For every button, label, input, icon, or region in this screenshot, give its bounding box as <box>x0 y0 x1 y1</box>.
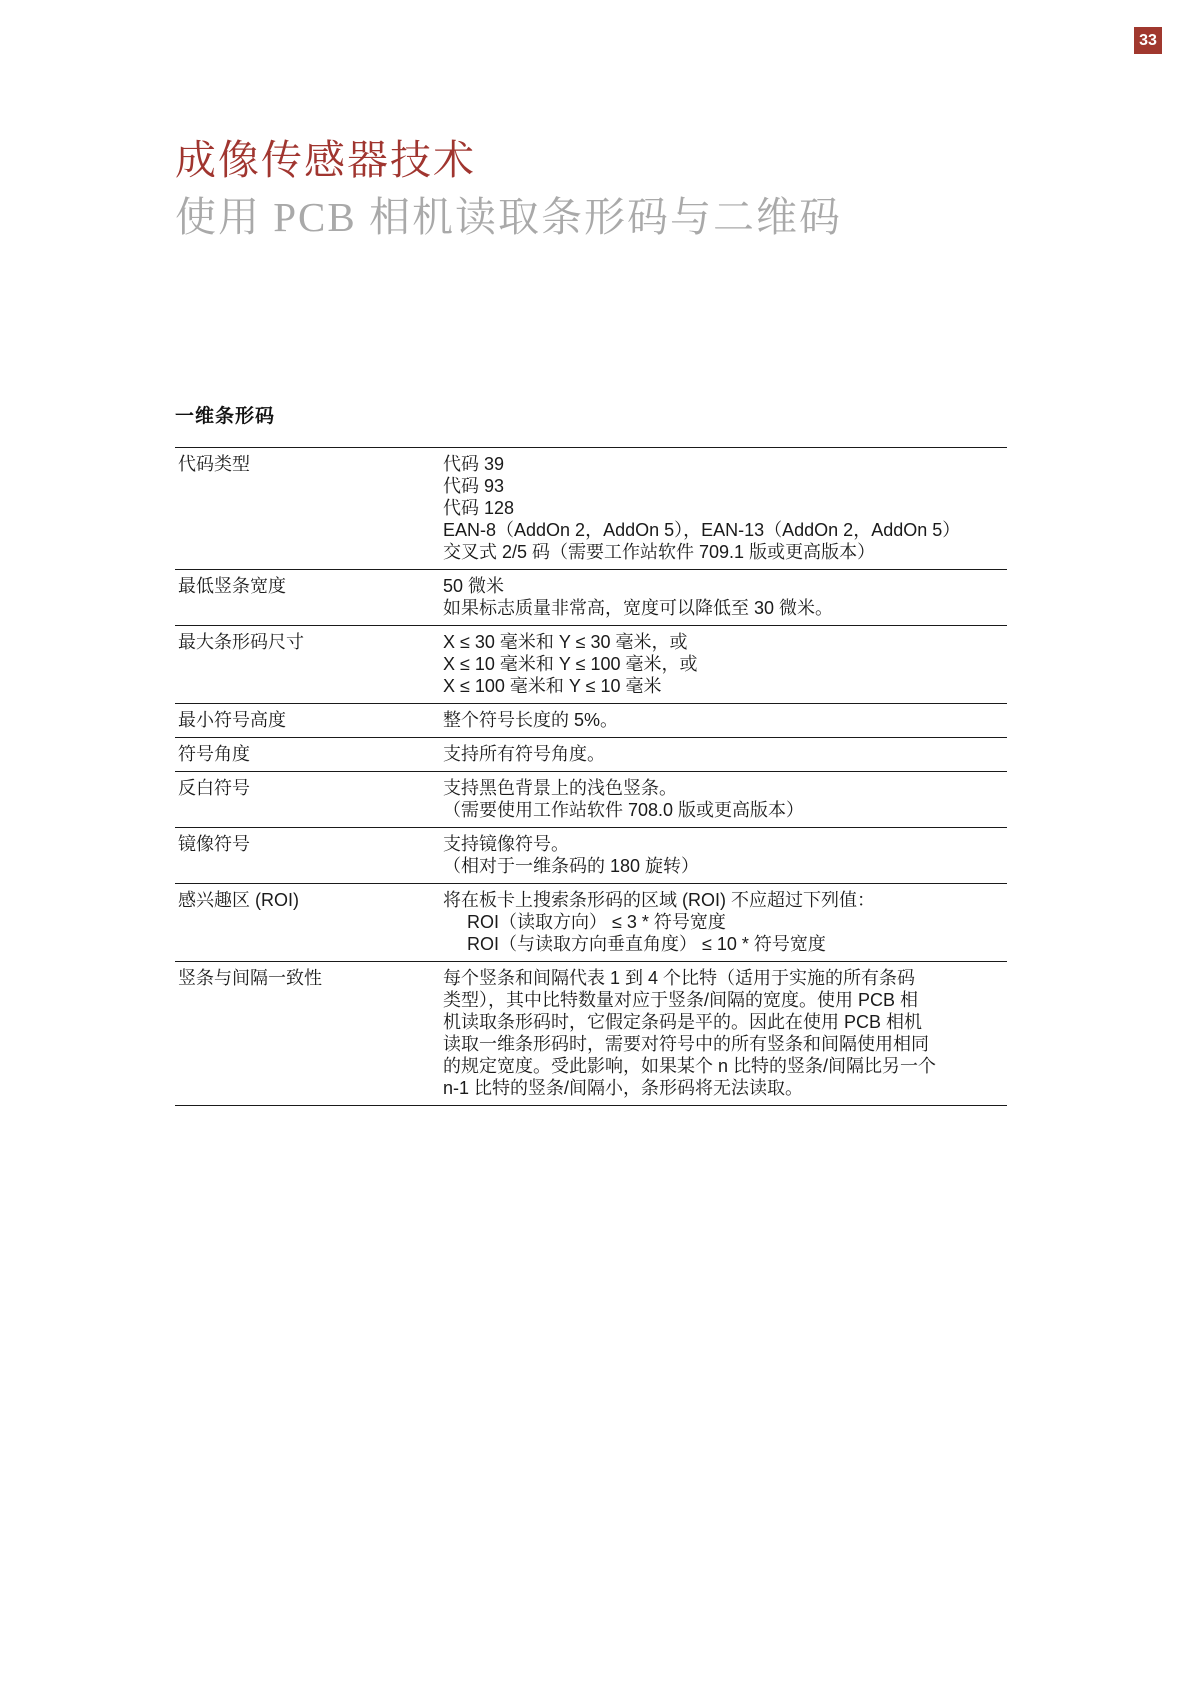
spec-value-line: X ≤ 100 毫米和 Y ≤ 10 毫米 <box>443 675 973 697</box>
spec-value: X ≤ 30 毫米和 Y ≤ 30 毫米，或X ≤ 10 毫米和 Y ≤ 100… <box>443 631 973 697</box>
spec-label: 最大条形码尺寸 <box>175 631 443 697</box>
page-subtitle: 使用 PCB 相机读取条形码与二维码 <box>175 193 842 242</box>
table-row: 镜像符号 支持镜像符号。（相对于一维条码的 180 旋转） <box>175 827 1007 883</box>
spec-value-line: 的规定宽度。受此影响，如果某个 n 比特的竖条/间隔比另一个 <box>443 1055 973 1077</box>
spec-value-line: n-1 比特的竖条/间隔小，条形码将无法读取。 <box>443 1077 973 1099</box>
spec-value-line: 每个竖条和间隔代表 1 到 4 个比特（适用于实施的所有条码 <box>443 967 973 989</box>
spec-label: 代码类型 <box>175 453 443 563</box>
spec-value: 代码 39代码 93代码 128EAN-8（AddOn 2，AddOn 5），E… <box>443 453 973 563</box>
spec-value-line: X ≤ 30 毫米和 Y ≤ 30 毫米，或 <box>443 631 973 653</box>
spec-value: 支持镜像符号。（相对于一维条码的 180 旋转） <box>443 833 973 877</box>
table-row: 最小符号高度 整个符号长度的 5%。 <box>175 703 1007 737</box>
spec-value: 50 微米如果标志质量非常高，宽度可以降低至 30 微米。 <box>443 575 973 619</box>
spec-value: 支持黑色背景上的浅色竖条。（需要使用工作站软件 708.0 版或更高版本） <box>443 777 973 821</box>
spec-label: 竖条与间隔一致性 <box>175 967 443 1099</box>
table-row: 最大条形码尺寸 X ≤ 30 毫米和 Y ≤ 30 毫米，或X ≤ 10 毫米和… <box>175 625 1007 703</box>
page-number-badge: 33 <box>1134 27 1162 54</box>
section-heading: 一维条形码 <box>175 401 275 428</box>
spec-value-line: 类型），其中比特数量对应于竖条/间隔的宽度。使用 PCB 相 <box>443 989 973 1011</box>
table-row: 感兴趣区 (ROI) 将在板卡上搜索条形码的区域 (ROI) 不应超过下列值：R… <box>175 883 1007 961</box>
spec-value-line: 支持黑色背景上的浅色竖条。 <box>443 777 973 799</box>
spec-value-line: X ≤ 10 毫米和 Y ≤ 100 毫米，或 <box>443 653 973 675</box>
spec-value-line: 如果标志质量非常高，宽度可以降低至 30 微米。 <box>443 597 973 619</box>
page-title: 成像传感器技术 <box>175 136 842 185</box>
table-row: 反白符号 支持黑色背景上的浅色竖条。（需要使用工作站软件 708.0 版或更高版… <box>175 771 1007 827</box>
spec-value-line: 50 微米 <box>443 575 973 597</box>
spec-table: 代码类型 代码 39代码 93代码 128EAN-8（AddOn 2，AddOn… <box>175 447 1007 1106</box>
spec-label: 最小符号高度 <box>175 709 443 731</box>
table-row: 最低竖条宽度 50 微米如果标志质量非常高，宽度可以降低至 30 微米。 <box>175 569 1007 625</box>
spec-value-line: 读取一维条形码时，需要对符号中的所有竖条和间隔使用相同 <box>443 1033 973 1055</box>
spec-label: 最低竖条宽度 <box>175 575 443 619</box>
spec-value-line: （相对于一维条码的 180 旋转） <box>443 855 973 877</box>
spec-label: 感兴趣区 (ROI) <box>175 889 443 955</box>
spec-value-line: ROI（与读取方向垂直角度） ≤ 10 * 符号宽度 <box>443 933 973 955</box>
spec-value-line: 整个符号长度的 5%。 <box>443 709 973 731</box>
spec-value: 支持所有符号角度。 <box>443 743 973 765</box>
spec-value-line: 支持所有符号角度。 <box>443 743 973 765</box>
heading-block: 成像传感器技术 使用 PCB 相机读取条形码与二维码 <box>175 136 842 242</box>
spec-value-line: EAN-8（AddOn 2，AddOn 5），EAN-13（AddOn 2，Ad… <box>443 519 973 541</box>
spec-value-line: 代码 93 <box>443 475 973 497</box>
spec-value-line: 交叉式 2/5 码（需要工作站软件 709.1 版或更高版本） <box>443 541 973 563</box>
table-row: 符号角度 支持所有符号角度。 <box>175 737 1007 771</box>
table-row: 代码类型 代码 39代码 93代码 128EAN-8（AddOn 2，AddOn… <box>175 447 1007 569</box>
spec-value: 将在板卡上搜索条形码的区域 (ROI) 不应超过下列值：ROI（读取方向） ≤ … <box>443 889 973 955</box>
spec-value-line: 代码 128 <box>443 497 973 519</box>
spec-value-line: 将在板卡上搜索条形码的区域 (ROI) 不应超过下列值： <box>443 889 973 911</box>
spec-value-line: ROI（读取方向） ≤ 3 * 符号宽度 <box>443 911 973 933</box>
spec-value-line: 支持镜像符号。 <box>443 833 973 855</box>
spec-label: 反白符号 <box>175 777 443 821</box>
table-row: 竖条与间隔一致性 每个竖条和间隔代表 1 到 4 个比特（适用于实施的所有条码类… <box>175 961 1007 1105</box>
spec-value-line: 代码 39 <box>443 453 973 475</box>
spec-value: 整个符号长度的 5%。 <box>443 709 973 731</box>
spec-value: 每个竖条和间隔代表 1 到 4 个比特（适用于实施的所有条码类型），其中比特数量… <box>443 967 973 1099</box>
spec-value-line: 机读取条形码时，它假定条码是平的。因此在使用 PCB 相机 <box>443 1011 973 1033</box>
spec-value-line: （需要使用工作站软件 708.0 版或更高版本） <box>443 799 973 821</box>
spec-label: 符号角度 <box>175 743 443 765</box>
spec-label: 镜像符号 <box>175 833 443 877</box>
document-page: 33 成像传感器技术 使用 PCB 相机读取条形码与二维码 一维条形码 代码类型… <box>0 0 1190 1684</box>
